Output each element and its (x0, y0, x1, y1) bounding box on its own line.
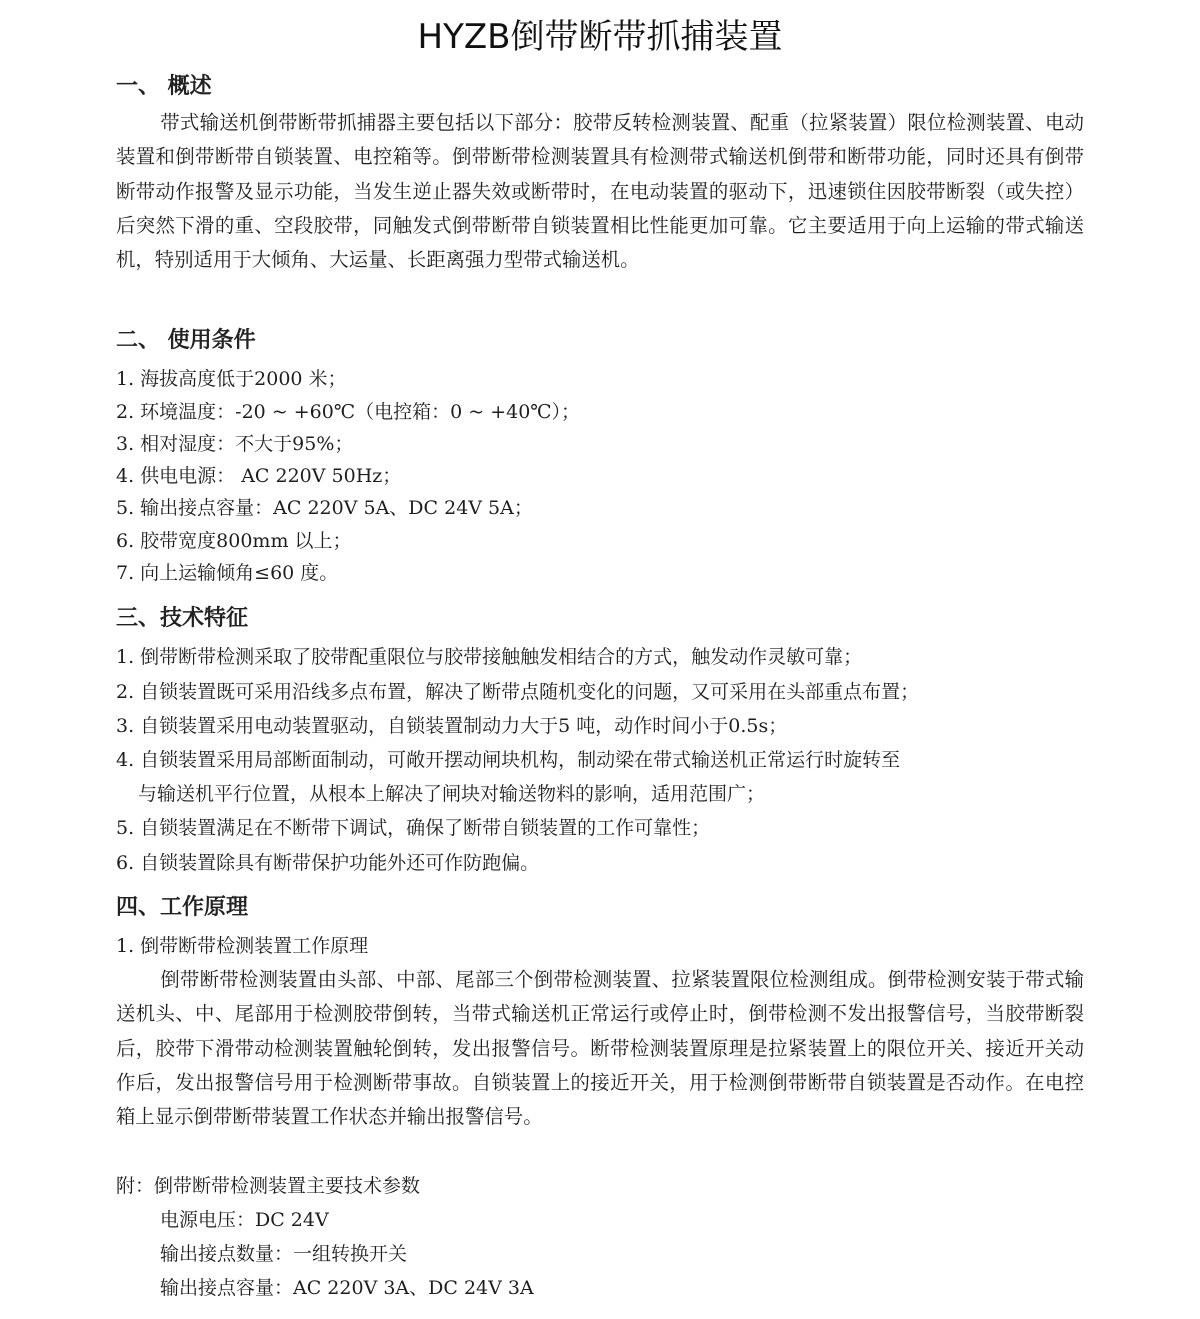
feature-item-continuation: 与输送机平行位置，从根本上解决了闸块对输送物料的影响，适用范围广； (138, 777, 765, 811)
condition-item: 4. 供电电源： AC 220V 50Hz； (116, 459, 401, 493)
condition-item: 6. 胶带宽度800mm 以上； (116, 524, 352, 558)
condition-item: 1. 海拔高度低于2000 米； (116, 362, 347, 396)
condition-item: 5. 输出接点容量：AC 220V 5A、DC 24V 5A； (116, 491, 533, 525)
condition-item: 7. 向上运输倾角≤60 度。 (116, 556, 338, 590)
feature-item: 3. 自锁装置采用电动装置驱动，自锁装置制动力大于5 吨，动作时间小于0.5s； (116, 709, 787, 743)
condition-item: 3. 相对湿度：不大于95%； (116, 427, 353, 461)
section-heading-features: 三、技术特征 (116, 604, 248, 634)
principle-text: 倒带断带检测装置由头部、中部、尾部三个倒带检测装置、拉紧装置限位检测组成。倒带检… (116, 968, 1084, 1128)
feature-item: 2. 自锁装置既可采用沿线多点布置，解决了断带点随机变化的问题，又可采用在头部重… (116, 675, 919, 709)
appendix-param: 输出接点容量：AC 220V 3A、DC 24V 3A (160, 1271, 534, 1305)
appendix-param: 电源电压：DC 24V (160, 1203, 329, 1237)
overview-paragraph: 带式输送机倒带断带抓捕器主要包括以下部分：胶带反转检测装置、配重（拉紧装置）限位… (116, 106, 1084, 277)
principle-paragraph: 倒带断带检测装置由头部、中部、尾部三个倒带检测装置、拉紧装置限位检测组成。倒带检… (116, 963, 1084, 1134)
section-heading-principle: 四、工作原理 (116, 893, 248, 923)
feature-item: 5. 自锁装置满足在不断带下调试，确保了断带自锁装置的工作可靠性； (116, 811, 710, 845)
overview-text: 带式输送机倒带断带抓捕器主要包括以下部分：胶带反转检测装置、配重（拉紧装置）限位… (116, 111, 1084, 271)
principle-subheading: 1. 倒带断带检测装置工作原理 (116, 929, 368, 963)
document-title: HYZB倒带断带抓捕装置 (0, 14, 1200, 60)
feature-item: 1. 倒带断带检测采取了胶带配重限位与胶带接触触发相结合的方式，触发动作灵敏可靠… (116, 640, 862, 674)
appendix-param: 输出接点数量：一组转换开关 (160, 1237, 407, 1271)
feature-item: 4. 自锁装置采用局部断面制动，可敞开摆动闸块机构，制动梁在带式输送机正常运行时… (116, 743, 900, 777)
feature-item: 6. 自锁装置除具有断带保护功能外还可作防跑偏。 (116, 846, 539, 880)
section-heading-overview: 一、 概述 (116, 72, 212, 102)
section-heading-conditions: 二、 使用条件 (116, 326, 256, 356)
appendix-label: 附：倒带断带检测装置主要技术参数 (116, 1169, 420, 1203)
condition-item: 2. 环境温度：-20 ~ +60℃（电控箱：0 ~ +40℃）； (116, 395, 580, 429)
